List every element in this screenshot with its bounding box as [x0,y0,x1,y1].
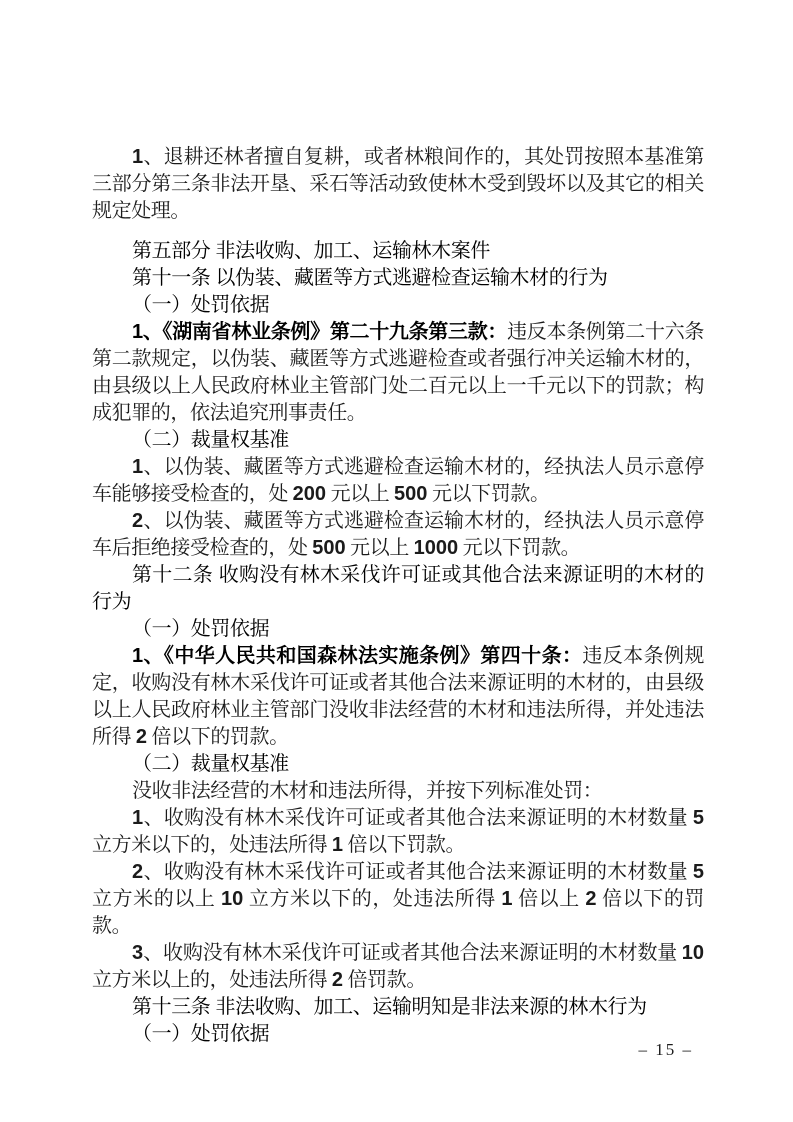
article13-basis-heading: （一）处罚依据 [92,1021,704,1048]
article12-discretion-item-2: 2、收购没有林木采伐许可证或者其他合法来源证明的木材数量 5 立方米的以上 10… [92,859,704,940]
article12-discretion-heading: （二）裁量权基准 [92,751,704,778]
article12-discretion-intro: 没收非法经营的木材和违法所得，并按下列标准处罚： [92,778,704,805]
legal-citation-forest-law-regulation: 1、《中华人民共和国森林法实施条例》第四十条： [132,645,582,667]
article11-title: 第十一条 以伪装、藏匿等方式逃避检查运输木材的行为 [92,265,704,292]
part5-heading: 第五部分 非法收购、加工、运输林木案件 [92,238,704,265]
legal-citation-hunan-forestry-regulation: 1、《湖南省林业条例》第二十九条第三款： [132,321,507,343]
article12-discretion-item-1: 1、收购没有林木采伐许可证或者其他合法来源证明的木材数量 5 立方米以下的，处违… [92,805,704,859]
article11-basis-item: 1、《湖南省林业条例》第二十九条第三款：违反本条例第二十六条第二款规定，以伪装、… [92,319,704,427]
article11-discretion-item-2: 2、以伪装、藏匿等方式逃避检查运输木材的，经执法人员示意停车后拒绝接受检查的，处… [92,508,704,562]
article11-discretion-heading: （二）裁量权基准 [92,427,704,454]
article12-title: 第十二条 收购没有林木采伐许可证或其他合法来源证明的木材的行为 [92,562,704,616]
document-page: 1、退耕还林者擅自复耕，或者林粮间作的，其处罚按照本基准第三部分第三条非法开垦、… [0,0,793,1122]
article12-basis-heading: （一）处罚依据 [92,616,704,643]
article11-basis-heading: （一）处罚依据 [92,292,704,319]
intro-paragraph: 1、退耕还林者擅自复耕，或者林粮间作的，其处罚按照本基准第三部分第三条非法开垦、… [92,144,704,225]
article12-basis-item: 1、《中华人民共和国森林法实施条例》第四十条：违反本条例规定，收购没有林木采伐许… [92,643,704,751]
article11-discretion-item-1: 1、以伪装、藏匿等方式逃避检查运输木材的，经执法人员示意停车能够接受检查的，处 … [92,454,704,508]
article13-title: 第十三条 非法收购、加工、运输明知是非法来源的林木行为 [92,994,704,1021]
page-content: 1、退耕还林者擅自复耕，或者林粮间作的，其处罚按照本基准第三部分第三条非法开垦、… [92,144,704,1048]
article12-discretion-item-3: 3、收购没有林木采伐许可证或者其他合法来源证明的木材数量 10 立方米以上的，处… [92,940,704,994]
page-number: – 15 – [639,1040,694,1060]
